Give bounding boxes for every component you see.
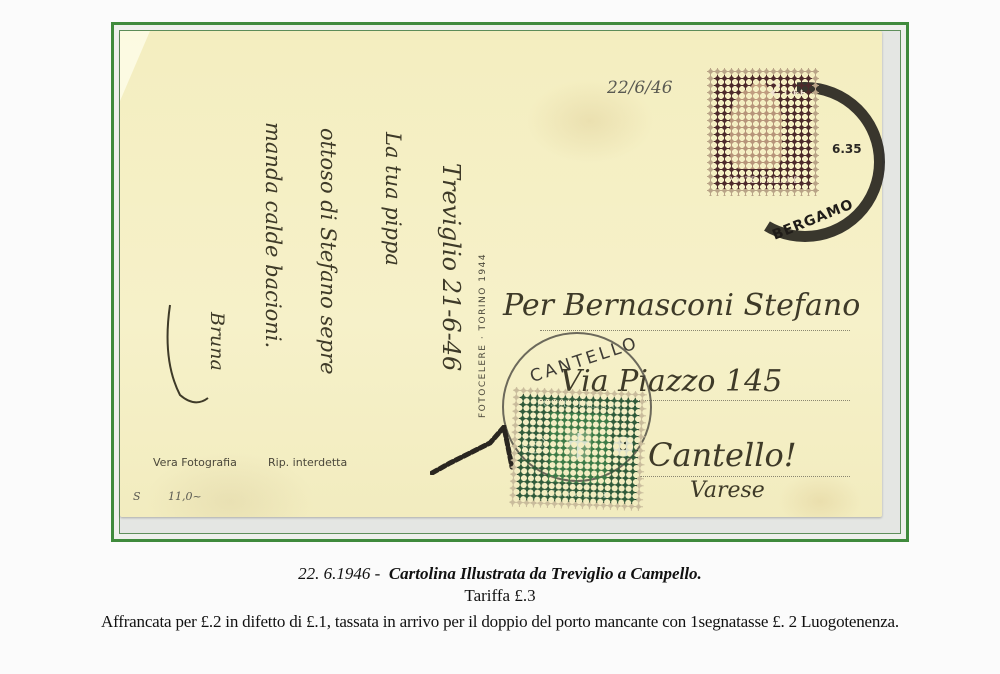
segnatasse-value: 2	[613, 436, 634, 457]
stamp-caption: POSTE ITALIANE	[714, 176, 812, 186]
stamp-value: 2LIRE	[768, 77, 806, 101]
publisher-imprint: FOTOCELERE · TORINO 1944	[478, 253, 488, 418]
stamp-figure	[730, 89, 782, 169]
shield-cross-horizontal	[569, 441, 589, 446]
tax-t-mark	[430, 425, 515, 475]
stamp-figure-head	[750, 81, 768, 101]
pencil-code: S	[133, 490, 141, 503]
caption-heading: 22. 6.1946 - Cartolina Illustrata da Tre…	[0, 564, 1000, 584]
signature-flourish	[160, 300, 220, 410]
pencil-price: 11,0~	[168, 490, 202, 503]
address-line-3: Cantello!	[648, 436, 797, 474]
segnatasse-lire-label: LIRE	[522, 435, 547, 454]
footer-vera-fotografia: Vera Fotografia	[153, 456, 237, 469]
address-rule-3	[640, 476, 850, 477]
footer-rip-interdetta: Rip. interdetta	[268, 456, 347, 469]
address-line-4: Varese	[690, 478, 765, 503]
segnatasse-top-text: POSTE ITALIANE	[520, 397, 638, 411]
message-place-date: Treviglio 21-6-46	[437, 163, 465, 371]
stamp-segnatasse: POSTE ITALIANE LIRE 2 SEGNATASSE	[509, 387, 647, 512]
caption-tariff: Tariffa £.3	[0, 586, 1000, 606]
stamp-2-lire: 2LIRE POSTE ITALIANE	[707, 68, 819, 196]
caption-date: 22. 6.1946 -	[298, 564, 380, 583]
segnatasse-center-panel	[548, 412, 610, 484]
message-line-3: manda calde bacioni.	[261, 122, 285, 348]
bergamo-postmark-date: 6.35	[832, 142, 862, 156]
address-line-1: Per Bernasconi Stefano	[503, 288, 860, 323]
pencil-date: 22/6/46	[607, 78, 673, 98]
segnatasse-bottom-text: SEGNATASSE	[517, 487, 635, 501]
message-line-1: La tua pippa	[381, 132, 405, 266]
message-line-2: ottoso di Stefano sepre	[316, 128, 340, 375]
caption-title: Cartolina Illustrata da Treviglio a Camp…	[389, 564, 702, 583]
caption-description: Affrancata per £.2 in difetto di £.1, ta…	[0, 612, 1000, 632]
address-rule-1	[540, 330, 850, 331]
